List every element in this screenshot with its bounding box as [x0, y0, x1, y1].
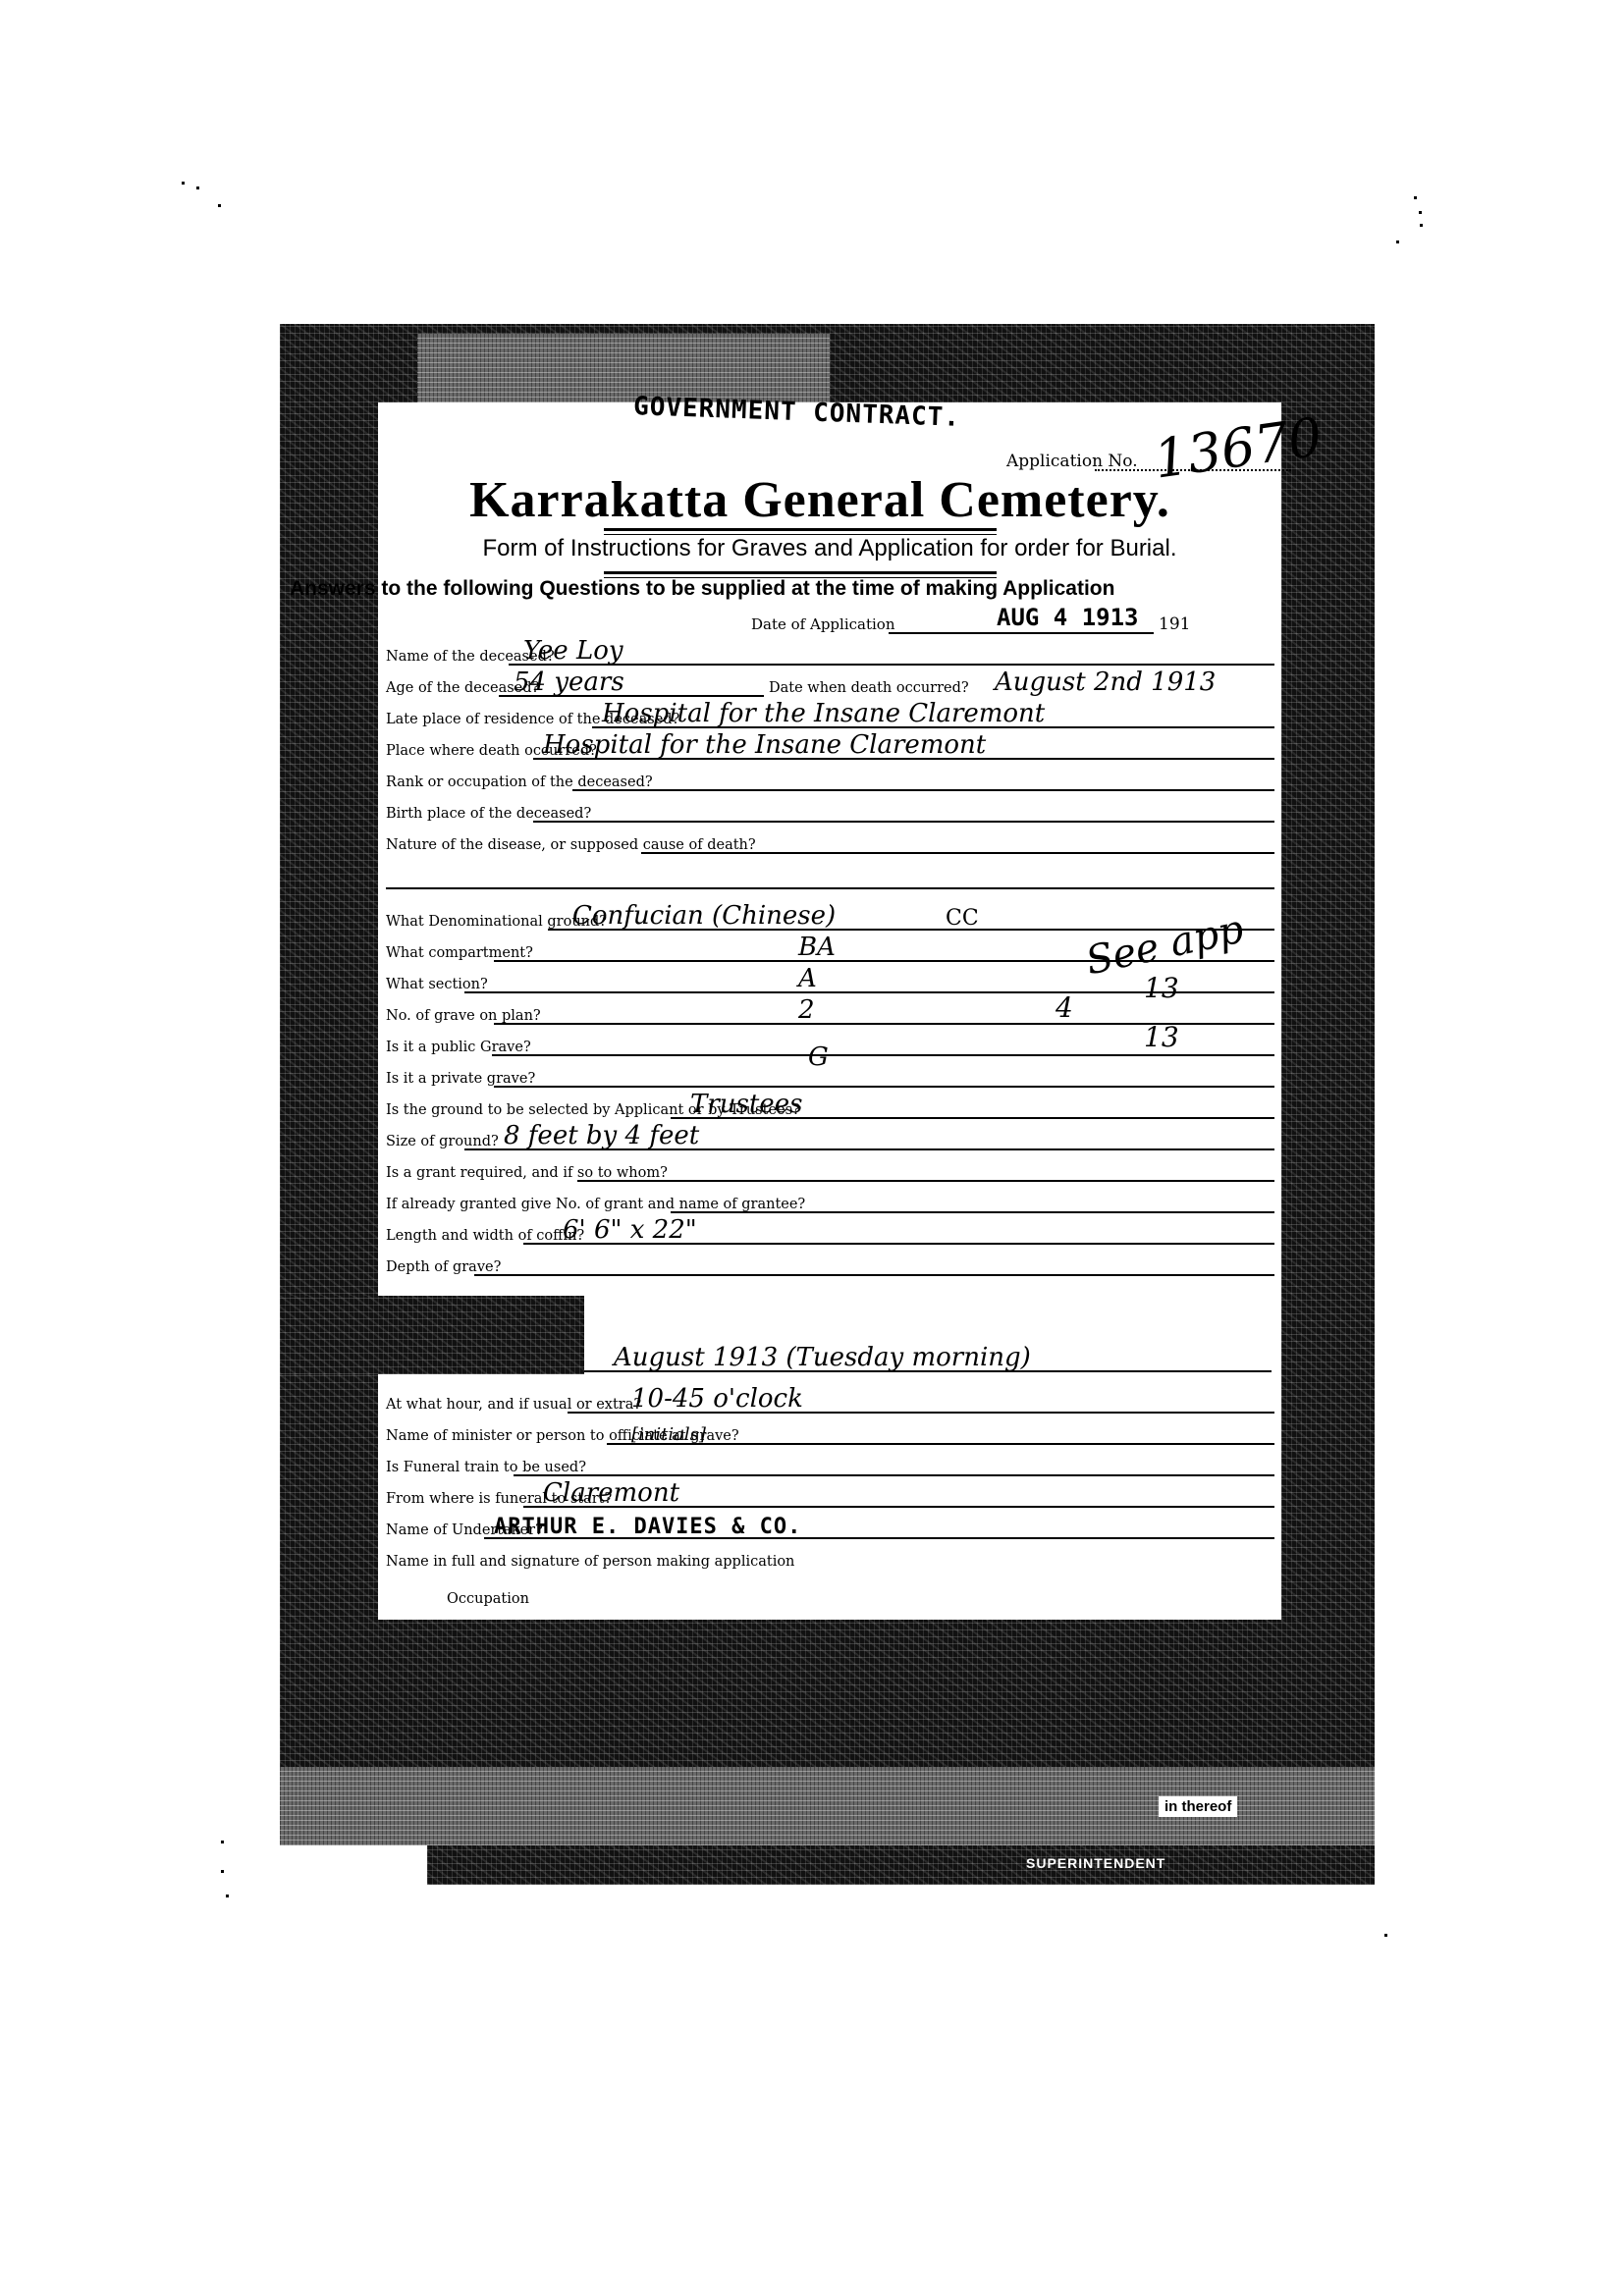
- field-annotation: CC: [946, 906, 979, 931]
- field-line: [494, 1086, 1274, 1088]
- field-line: [533, 821, 1274, 823]
- field-value: Yee Loy: [523, 636, 623, 666]
- field-private-grave: Is it a private grave?: [386, 1060, 1274, 1090]
- field-value: 6' 6" x 22": [563, 1215, 697, 1245]
- field-label: Name in full and signature of person mak…: [386, 1554, 794, 1570]
- paper-bottom-left: [280, 1845, 427, 1885]
- field-label: Is a grant required, and if so to whom?: [386, 1165, 668, 1181]
- field-cause-of-death: Nature of the disease, or supposed cause…: [386, 827, 1274, 856]
- field-line: [577, 1180, 1274, 1182]
- field-funeral-train: Is Funeral train to be used?: [386, 1449, 1274, 1478]
- field-label: No. of grave on plan?: [386, 1008, 541, 1024]
- field-value: 54 years: [514, 667, 624, 697]
- field-label: Is it a private grave?: [386, 1071, 535, 1087]
- date-of-application-label: Date of Application: [751, 615, 894, 633]
- field-label: What compartment?: [386, 945, 533, 961]
- field-label: Nature of the disease, or supposed cause…: [386, 837, 756, 853]
- instructions-heading: Answers to the following Questions to be…: [290, 577, 1360, 601]
- field-label: Size of ground?: [386, 1134, 499, 1149]
- field-value: Claremont: [543, 1478, 679, 1508]
- field-label: Depth of grave?: [386, 1259, 501, 1275]
- top-grey-patch: [417, 334, 830, 402]
- field-funeral-start: From where is funeral to start? Claremon…: [386, 1480, 1274, 1510]
- field-value: 2: [798, 995, 815, 1025]
- field-label: Rank or occupation of the deceased?: [386, 774, 653, 790]
- field-line: [386, 887, 1274, 889]
- field-value-stamp: ARTHUR E. DAVIES & CO.: [494, 1515, 801, 1539]
- field-label: At what hour, and if usual or extra?: [386, 1397, 641, 1413]
- field-value-date-of-death: August 2nd 1913: [995, 667, 1216, 697]
- field-late-residence: Late place of residence of the deceased?…: [386, 701, 1274, 730]
- field-label-date-of-death: Date when death occurred?: [769, 680, 969, 696]
- field-line: [514, 1474, 1274, 1476]
- field-public-grave: Is it a public Grave? G: [386, 1029, 1274, 1058]
- field-line: [641, 852, 1274, 854]
- field-size-of-ground: Size of ground? 8 feet by 4 feet: [386, 1123, 1274, 1152]
- footer-thereof-fragment: in thereof: [1159, 1796, 1237, 1817]
- printed-year-prefix: 191: [1159, 614, 1190, 634]
- field-age-and-date-of-death: Age of the deceased? 54 years Date when …: [386, 669, 1274, 699]
- scanned-form: GOVERNMENT CONTRACT. Application No. 136…: [280, 324, 1375, 1885]
- field-label: Birth place of the deceased?: [386, 806, 591, 822]
- field-line: [509, 664, 1274, 666]
- field-label: Is Funeral train to be used?: [386, 1460, 586, 1475]
- field-value: 10-45 o'clock: [631, 1384, 803, 1414]
- field-ground-selected-by: Is the ground to be selected by Applican…: [386, 1092, 1274, 1121]
- margin-mark: 13: [1144, 1021, 1179, 1053]
- field-burial-date: August 1913 (Tuesday morning): [584, 1345, 1272, 1374]
- field-coffin-size: Length and width of coffin? 6' 6" x 22": [386, 1217, 1274, 1247]
- field-birth-place: Birth place of the deceased?: [386, 795, 1274, 825]
- form-title: Karrakatta General Cemetery.: [388, 471, 1252, 529]
- field-grant-number: If already granted give No. of grant and…: [386, 1186, 1274, 1215]
- field-undertaker: Name of Undertaker? ARTHUR E. DAVIES & C…: [386, 1512, 1274, 1541]
- field-value: Trustees: [690, 1090, 802, 1119]
- field-value: 8 feet by 4 feet: [504, 1121, 699, 1150]
- field-occupation-of-deceased: Rank or occupation of the deceased?: [386, 764, 1274, 793]
- field-minister: Name of minister or person to officiate …: [386, 1417, 1274, 1447]
- field-line: [607, 1443, 1274, 1445]
- field-label: Occupation: [447, 1591, 529, 1607]
- field-line: [492, 1054, 1274, 1056]
- field-occupation: Occupation: [447, 1580, 741, 1610]
- field-value: A: [798, 964, 817, 993]
- field-value: Hospital for the Insane Claremont: [543, 730, 986, 760]
- field-line: [671, 1211, 1274, 1213]
- field-cause-of-death-continued: [386, 862, 1274, 891]
- field-label: If already granted give No. of grant and…: [386, 1197, 805, 1212]
- field-applicant-signature: Name in full and signature of person mak…: [386, 1543, 1274, 1573]
- field-line: [572, 789, 1274, 791]
- date-of-application-stamp: AUG 4 1913: [997, 604, 1139, 631]
- field-name-of-deceased: Name of the deceased? Yee Loy: [386, 638, 1274, 667]
- field-value: BA: [798, 933, 836, 962]
- field-label: What section?: [386, 977, 488, 992]
- field-label: Is it a public Grave?: [386, 1040, 531, 1055]
- margin-mark: 13: [1144, 972, 1179, 1004]
- field-value-signature: [initials]: [631, 1424, 706, 1445]
- application-no-label: Application No.: [1006, 452, 1138, 471]
- field-value: Hospital for the Insane Claremont: [602, 699, 1045, 728]
- field-grant-required: Is a grant required, and if so to whom?: [386, 1154, 1274, 1184]
- field-value: Confucian (Chinese): [572, 901, 836, 931]
- field-label: Length and width of coffin?: [386, 1228, 584, 1244]
- field-place-of-death: Place where death occurred? Hospital for…: [386, 732, 1274, 762]
- mid-left-dark-patch: [280, 1296, 584, 1374]
- field-grave-number: No. of grave on plan? 2: [386, 997, 1274, 1027]
- footer-superintendent-fragment: SUPERINTENDENT: [1026, 1855, 1165, 1871]
- margin-mark: 4: [1056, 991, 1073, 1024]
- title-rule: [604, 528, 997, 535]
- field-depth-of-grave: Depth of grave?: [386, 1249, 1274, 1278]
- field-line: [474, 1274, 1274, 1276]
- date-of-application-line: [889, 632, 1154, 634]
- form-subtitle: Form of Instructions for Graves and Appl…: [407, 535, 1252, 562]
- field-value: August 1913 (Tuesday morning): [614, 1343, 1031, 1372]
- field-hour: At what hour, and if usual or extra? 10-…: [386, 1386, 1274, 1415]
